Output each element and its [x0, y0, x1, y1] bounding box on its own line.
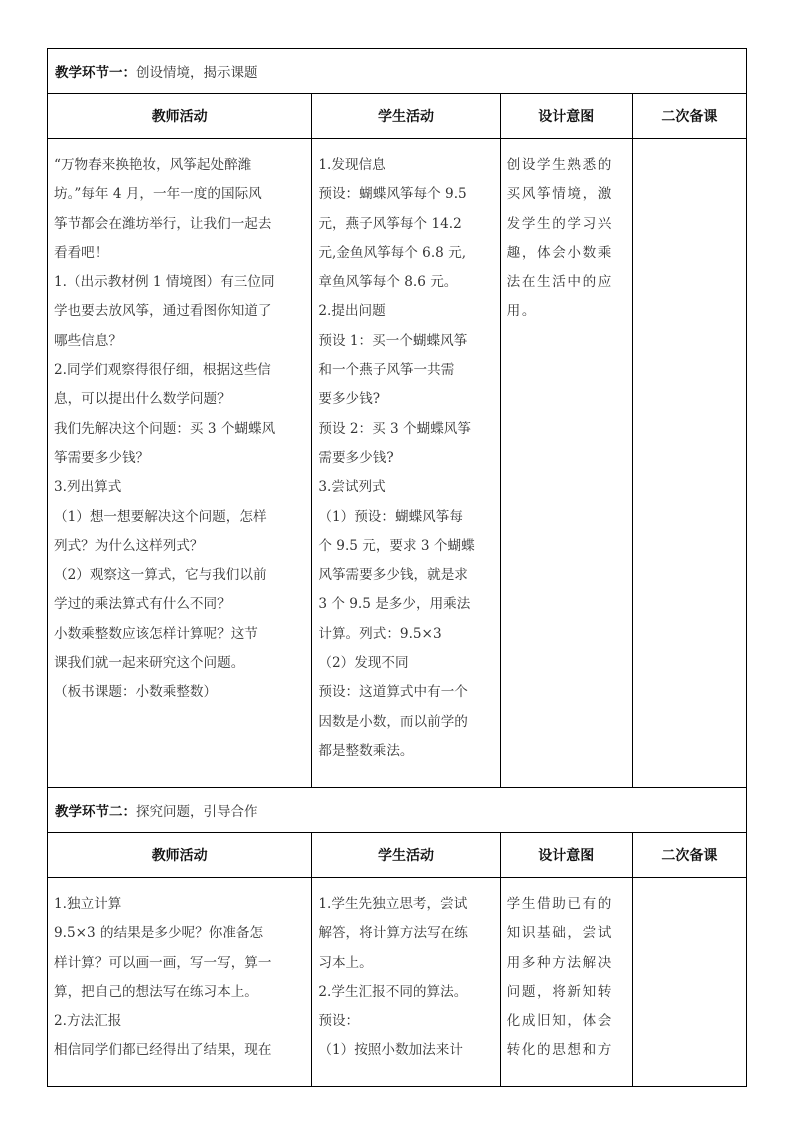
- text-line: （1）想一想要解决这个问题，怎样: [54, 503, 306, 532]
- student-activity-cell: 1.学生先独立思考，尝试解答，将计算方法写在练习本上。2.学生汇报不同的算法。预…: [312, 878, 500, 1087]
- text-line: 解答，将计算方法写在练: [318, 919, 494, 948]
- text-line: 3.列出算式: [54, 473, 306, 502]
- text-line: 都是整数乘法。: [318, 737, 494, 766]
- text-line: （2）观察这一算式，它与我们以前: [54, 561, 306, 590]
- text-line: 因数是小数，而以前学的: [318, 708, 494, 737]
- text-line: 2.学生汇报不同的算法。: [318, 978, 494, 1007]
- text-line: 法在生活中的应: [507, 268, 627, 297]
- text-line: 和一个燕子风筝一共需: [318, 356, 494, 385]
- text-line: 筝需要多少钱？: [54, 444, 306, 473]
- lesson-plan-page: 教学环节一：创设情境，揭示课题教师活动学生活动设计意图二次备课“万物春来换艳妆，…: [47, 48, 747, 1087]
- section-label: 教学环节一：: [55, 65, 136, 81]
- header-teacher-activity: 教师活动: [48, 833, 312, 878]
- text-line: 预设：: [318, 1007, 494, 1036]
- text-line: 元，燕子风筝每个 14.2: [318, 210, 494, 239]
- text-line: 样计算？可以画一画，写一写，算一: [54, 949, 306, 978]
- text-line: 小数乘整数应该怎样计算呢？这节: [54, 620, 306, 649]
- text-line: 要多少钱?: [318, 385, 494, 414]
- text-line: （板书课题：小数乘整数）: [54, 678, 306, 707]
- text-line: 预设 2：买 3 个蝴蝶风筝: [318, 415, 494, 444]
- text-line: 1.学生先独立思考，尝试: [318, 890, 494, 919]
- text-line: 看看吧！: [54, 239, 306, 268]
- text-line: 学生借助已有的: [507, 890, 627, 919]
- design-intent-cell: 学生借助已有的知识基础，尝试用多种方法解决问题，将新知转化成旧知，体会转化的思想…: [500, 878, 632, 1087]
- section-heading: 教学环节一：创设情境，揭示课题: [48, 49, 747, 94]
- text-line: 1.独立计算: [54, 890, 306, 919]
- section-title: 探究问题，引导合作: [136, 804, 258, 820]
- text-line: 化成旧知，体会: [507, 1007, 627, 1036]
- text-line: 我们先解决这个问题：买 3 个蝴蝶风: [54, 415, 306, 444]
- text-line: 章鱼风筝每个 8.6 元。: [318, 268, 494, 297]
- text-line: 预设 1：买一个蝴蝶风筝: [318, 327, 494, 356]
- header-student-activity: 学生活动: [312, 833, 500, 878]
- content-row: “万物春来换艳妆，风筝起处醉潍坊。”每年 4 月，一年一度的国际风筝节都会在潍坊…: [48, 139, 747, 788]
- header-design-intent: 设计意图: [500, 833, 632, 878]
- column-header-row: 教师活动学生活动设计意图二次备课: [48, 94, 747, 139]
- text-line: 预设：这道算式中有一个: [318, 678, 494, 707]
- text-line: 学过的乘法算式有什么不同？: [54, 590, 306, 619]
- text-line: 转化的思想和方: [507, 1036, 627, 1065]
- student-activity-cell: 1.发现信息预设：蝴蝶风筝每个 9.5元，燕子风筝每个 14.2元,金鱼风筝每个…: [312, 139, 500, 788]
- text-line: 趣，体会小数乘: [507, 239, 627, 268]
- section-label: 教学环节二：: [55, 804, 136, 820]
- second-preparation-cell: [632, 878, 746, 1087]
- text-line: 息，可以提出什么数学问题？: [54, 385, 306, 414]
- text-line: 用。: [507, 297, 627, 326]
- text-line: 用多种方法解决: [507, 949, 627, 978]
- teacher-activity-cell: “万物春来换艳妆，风筝起处醉潍坊。”每年 4 月，一年一度的国际风筝节都会在潍坊…: [48, 139, 312, 788]
- text-line: （2）发现不同: [318, 649, 494, 678]
- text-line: 习本上。: [318, 949, 494, 978]
- text-line: 列式？为什么这样列式？: [54, 532, 306, 561]
- header-teacher-activity: 教师活动: [48, 94, 312, 139]
- header-second-preparation: 二次备课: [632, 833, 746, 878]
- text-line: 哪些信息？: [54, 327, 306, 356]
- text-line: 筝节都会在潍坊举行，让我们一起去: [54, 210, 306, 239]
- text-line: 1.发现信息: [318, 151, 494, 180]
- section-heading: 教学环节二：探究问题，引导合作: [48, 788, 747, 833]
- text-line: 个 9.5 元，要求 3 个蝴蝶: [318, 532, 494, 561]
- section-row: 教学环节一：创设情境，揭示课题: [48, 49, 747, 94]
- text-line: 买风筝情境，激: [507, 180, 627, 209]
- text-line: 计算。列式：9.5×3: [318, 620, 494, 649]
- section-title: 创设情境，揭示课题: [136, 65, 258, 81]
- text-line: （1）按照小数加法来计: [318, 1036, 494, 1065]
- text-line: 3.尝试列式: [318, 473, 494, 502]
- text-line: （1）预设：蝴蝶风筝每: [318, 503, 494, 532]
- text-line: 发学生的学习兴: [507, 210, 627, 239]
- header-student-activity: 学生活动: [312, 94, 500, 139]
- text-line: 课我们就一起来研究这个问题。: [54, 649, 306, 678]
- header-design-intent: 设计意图: [500, 94, 632, 139]
- text-line: “万物春来换艳妆，风筝起处醉潍: [54, 151, 306, 180]
- text-line: 1.（出示教材例 1 情境图）有三位同: [54, 268, 306, 297]
- text-line: 2.方法汇报: [54, 1007, 306, 1036]
- header-second-preparation: 二次备课: [632, 94, 746, 139]
- text-line: 元,金鱼风筝每个 6.8 元,: [318, 239, 494, 268]
- teacher-activity-cell: 1.独立计算9.5×3 的结果是多少呢？你准备怎样计算？可以画一画，写一写，算一…: [48, 878, 312, 1087]
- text-line: 创设学生熟悉的: [507, 151, 627, 180]
- text-line: 3 个 9.5 是多少，用乘法: [318, 590, 494, 619]
- text-line: 预设：蝴蝶风筝每个 9.5: [318, 180, 494, 209]
- text-line: 风筝需要多少钱，就是求: [318, 561, 494, 590]
- second-preparation-cell: [632, 139, 746, 788]
- content-row: 1.独立计算9.5×3 的结果是多少呢？你准备怎样计算？可以画一画，写一写，算一…: [48, 878, 747, 1087]
- text-line: 坊。”每年 4 月，一年一度的国际风: [54, 180, 306, 209]
- text-line: 9.5×3 的结果是多少呢？你准备怎: [54, 919, 306, 948]
- text-line: 学也要去放风筝，通过看图你知道了: [54, 297, 306, 326]
- text-line: 2.同学们观察得很仔细，根据这些信: [54, 356, 306, 385]
- section-row: 教学环节二：探究问题，引导合作: [48, 788, 747, 833]
- text-line: 算，把自己的想法写在练习本上。: [54, 978, 306, 1007]
- text-line: 知识基础，尝试: [507, 919, 627, 948]
- text-line: 需要多少钱?: [318, 444, 494, 473]
- text-line: 相信同学们都已经得出了结果，现在: [54, 1036, 306, 1065]
- column-header-row: 教师活动学生活动设计意图二次备课: [48, 833, 747, 878]
- text-line: 问题，将新知转: [507, 978, 627, 1007]
- design-intent-cell: 创设学生熟悉的买风筝情境，激发学生的学习兴趣，体会小数乘法在生活中的应用。: [500, 139, 632, 788]
- lesson-plan-table: 教学环节一：创设情境，揭示课题教师活动学生活动设计意图二次备课“万物春来换艳妆，…: [47, 48, 747, 1087]
- text-line: 2.提出问题: [318, 297, 494, 326]
